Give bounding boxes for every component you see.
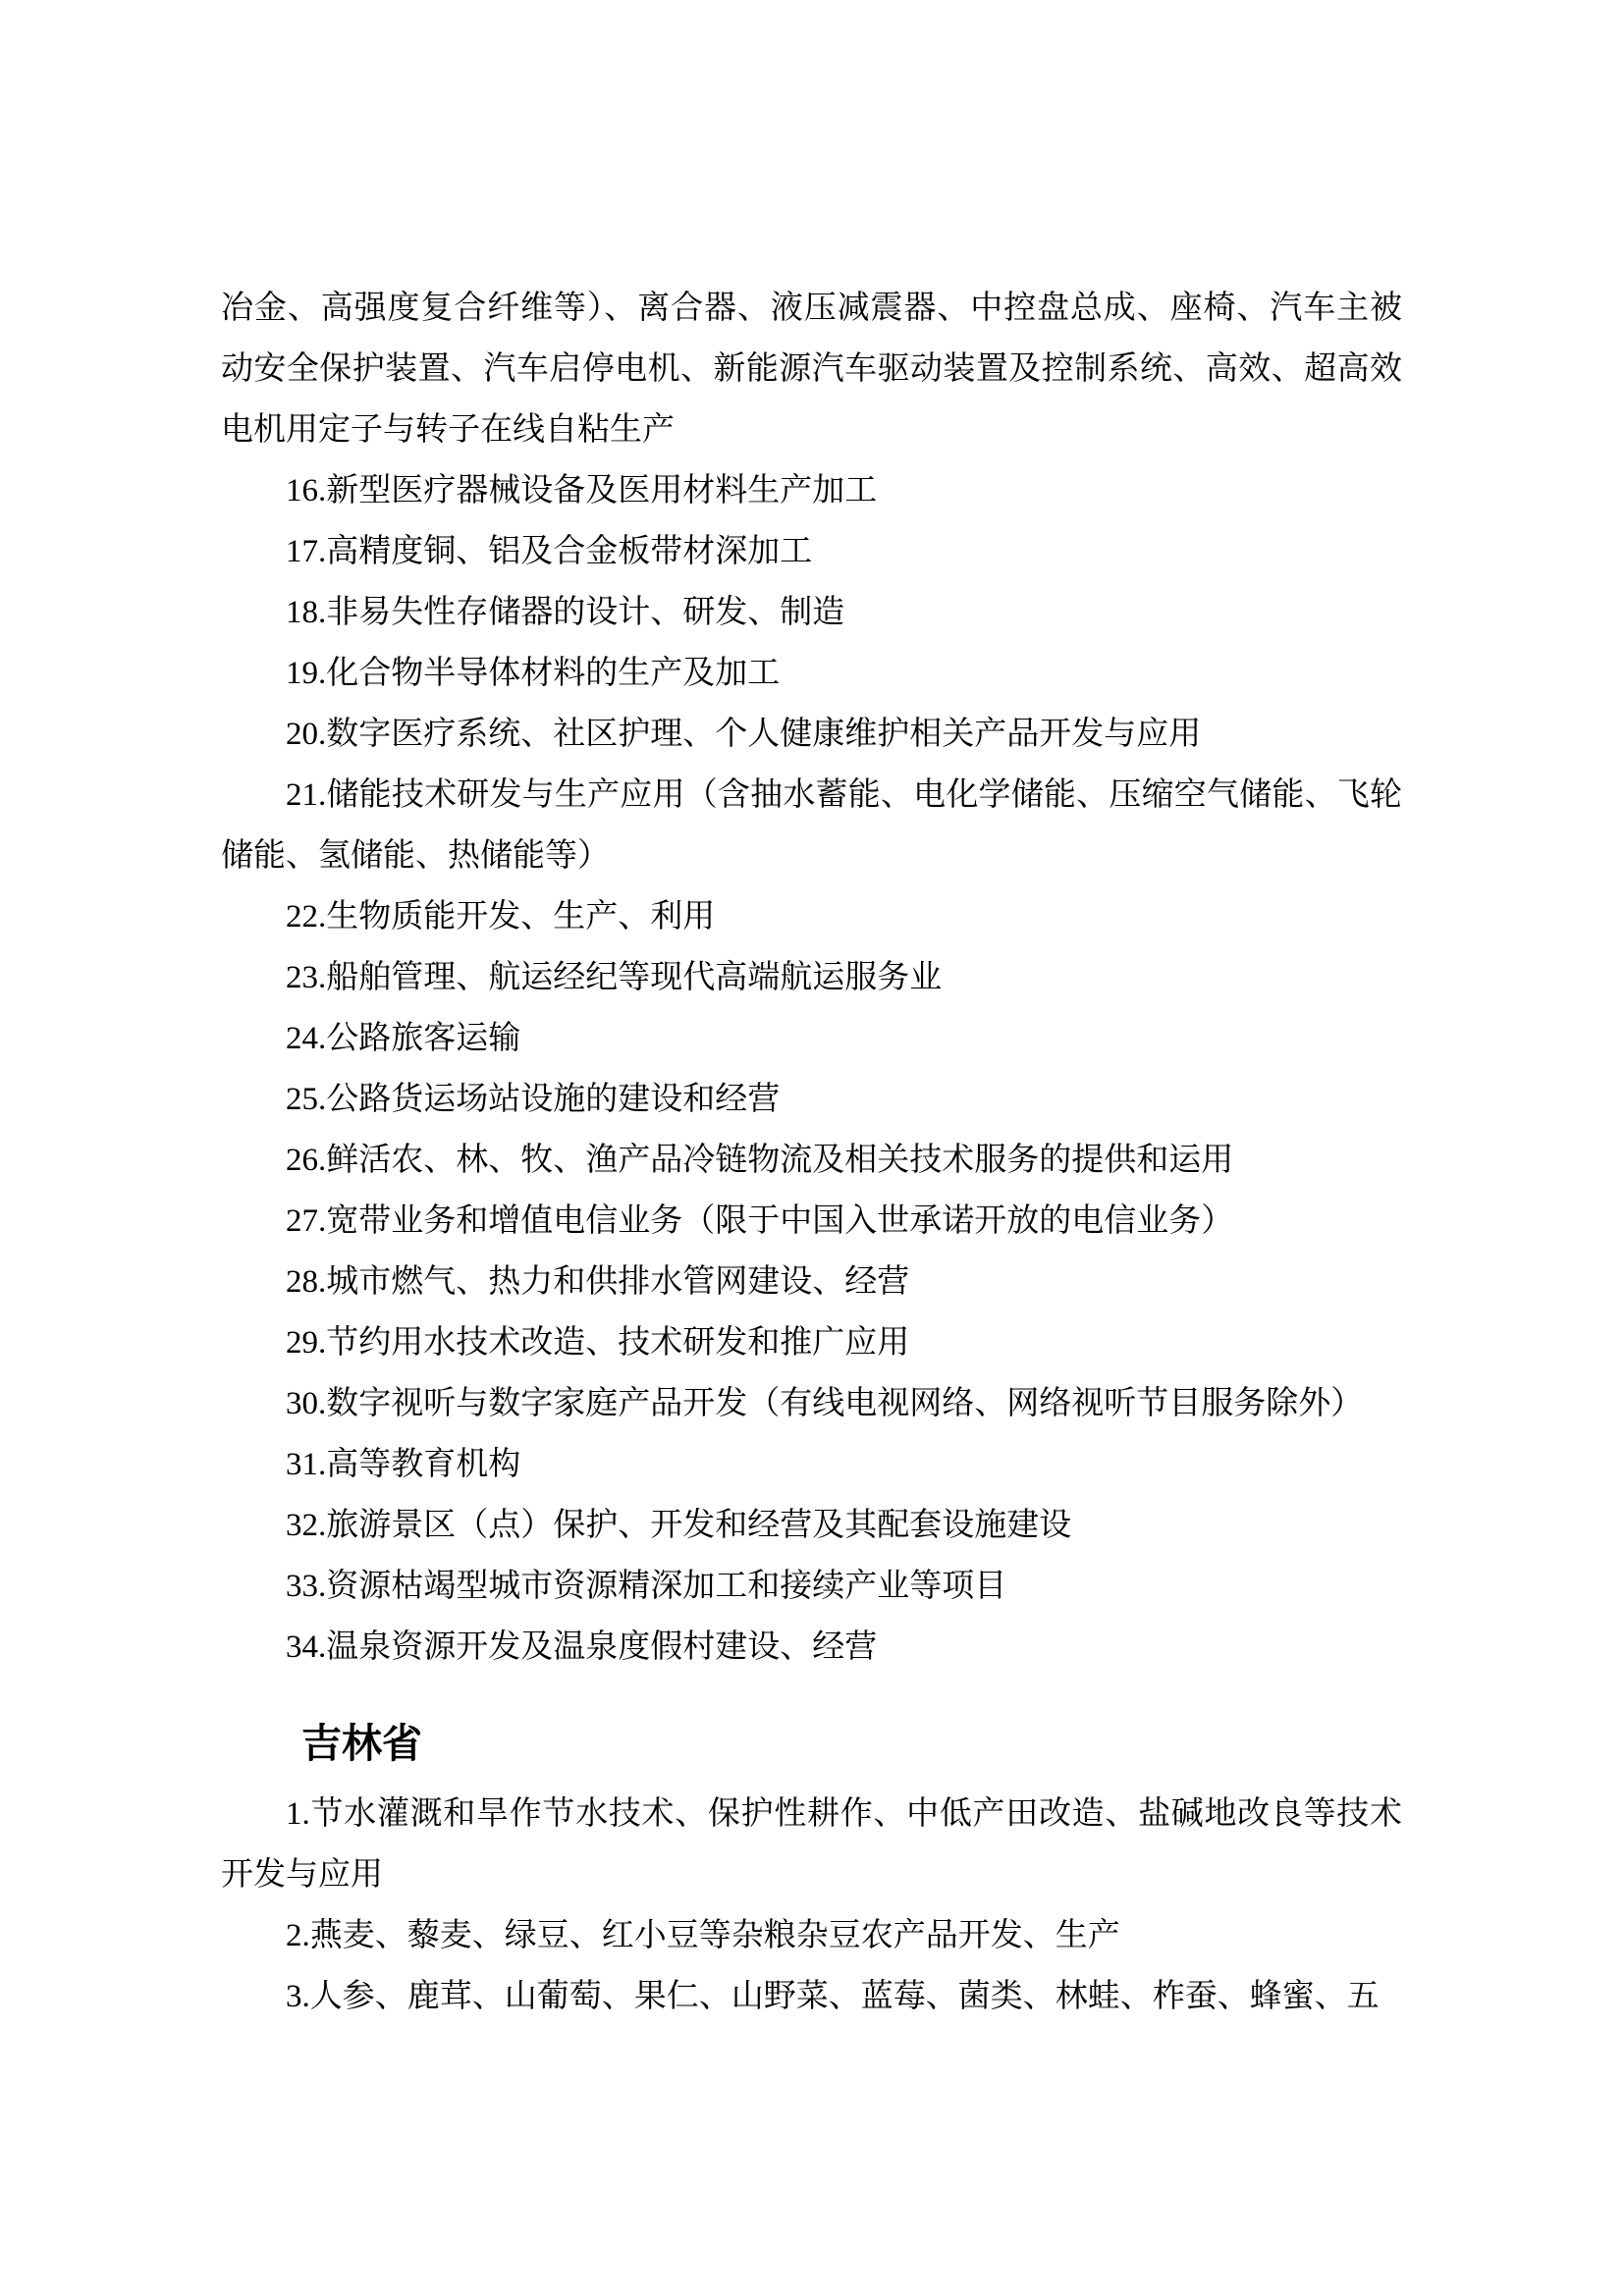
item-text: 高等教育机构 (326, 1447, 520, 1482)
item-text: 人参、鹿茸、山葡萄、果仁、山野菜、蓝莓、菌类、林蛙、柞蚕、蜂蜜、五 (310, 1979, 1380, 2014)
item-text: 公路旅客运输 (326, 1021, 520, 1056)
item-text: 生物质能开发、生产、利用 (326, 899, 715, 934)
list-item: 27.宽带业务和增值电信业务（限于中国入世承诺开放的电信业务） (221, 1191, 1402, 1252)
item-text: 城市燃气、热力和供排水管网建设、经营 (326, 1264, 909, 1300)
item-text: 高精度铜、铝及合金板带材深加工 (326, 534, 812, 569)
item-number: 20. (286, 717, 326, 752)
item-text: 新型医疗器械设备及医用材料生产加工 (326, 473, 877, 508)
item-text: 宽带业务和增值电信业务（限于中国入世承诺开放的电信业务） (326, 1203, 1233, 1239)
numbered-list: 16.新型医疗器械设备及医用材料生产加工17.高精度铜、铝及合金板带材深加工18… (221, 460, 1402, 1678)
list-item: 33.资源枯竭型城市资源精深加工和接续产业等项目 (221, 1556, 1402, 1617)
item-text: 节约用水技术改造、技术研发和推广应用 (326, 1325, 909, 1361)
list-item: 17.高精度铜、铝及合金板带材深加工 (221, 521, 1402, 582)
item-number: 25. (286, 1082, 326, 1117)
list-item: 23.船舶管理、航运经纪等现代高端航运服务业 (221, 947, 1402, 1008)
item-text: 非易失性存储器的设计、研发、制造 (326, 595, 844, 630)
item-text: 化合物半导体材料的生产及加工 (326, 656, 780, 691)
item-text: 旅游景区（点）保护、开发和经营及其配套设施建设 (326, 1508, 1071, 1543)
item-number: 22. (286, 899, 326, 934)
item-number: 21. (286, 777, 326, 813)
list-item: 28.城市燃气、热力和供排水管网建设、经营 (221, 1252, 1402, 1312)
jilin-numbered-list: 1.节水灌溉和旱作节水技术、保护性耕作、中低产田改造、盐碱地改良等技术开发与应用… (221, 1784, 1402, 2027)
document-page: 冶金、高强度复合纤维等）、离合器、液压减震器、中控盘总成、座椅、汽车主被动安全保… (0, 0, 1624, 2296)
list-item: 21.储能技术研发与生产应用（含抽水蓄能、电化学储能、压缩空气储能、飞轮储能、氢… (221, 765, 1402, 886)
item-number: 28. (286, 1264, 326, 1300)
list-item: 19.化合物半导体材料的生产及加工 (221, 643, 1402, 704)
list-item: 34.温泉资源开发及温泉度假村建设、经营 (221, 1617, 1402, 1678)
item-number: 18. (286, 595, 326, 630)
list-item: 20.数字医疗系统、社区护理、个人健康维护相关产品开发与应用 (221, 704, 1402, 765)
list-item: 30.数字视听与数字家庭产品开发（有线电视网络、网络视听节目服务除外） (221, 1373, 1402, 1434)
item-number: 26. (286, 1143, 326, 1178)
item-text: 储能技术研发与生产应用（含抽水蓄能、电化学储能、压缩空气储能、飞轮储能、氢储能、… (221, 777, 1402, 874)
item-number: 1. (286, 1796, 310, 1832)
item-number: 3. (286, 1979, 310, 2014)
list-item: 25.公路货运场站设施的建设和经营 (221, 1069, 1402, 1130)
item-number: 29. (286, 1325, 326, 1361)
list-item: 16.新型医疗器械设备及医用材料生产加工 (221, 460, 1402, 521)
item-text: 数字医疗系统、社区护理、个人健康维护相关产品开发与应用 (326, 717, 1201, 752)
item-number: 30. (286, 1386, 326, 1421)
item-text: 温泉资源开发及温泉度假村建设、经营 (326, 1629, 877, 1665)
list-item: 22.生物质能开发、生产、利用 (221, 886, 1402, 947)
item-text: 数字视听与数字家庭产品开发（有线电视网络、网络视听节目服务除外） (326, 1386, 1363, 1421)
item-number: 16. (286, 473, 326, 508)
list-item: 31.高等教育机构 (221, 1434, 1402, 1495)
list-item: 29.节约用水技术改造、技术研发和推广应用 (221, 1312, 1402, 1373)
item-text: 燕麦、藜麦、绿豆、红小豆等杂粮杂豆农产品开发、生产 (310, 1918, 1120, 1953)
list-item: 18.非易失性存储器的设计、研发、制造 (221, 582, 1402, 643)
item-number: 2. (286, 1918, 310, 1953)
list-item: 1.节水灌溉和旱作节水技术、保护性耕作、中低产田改造、盐碱地改良等技术开发与应用 (221, 1784, 1402, 1905)
list-item: 2.燕麦、藜麦、绿豆、红小豆等杂粮杂豆农产品开发、生产 (221, 1905, 1402, 1966)
item-number: 23. (286, 960, 326, 995)
item-number: 27. (286, 1203, 326, 1239)
list-item: 32.旅游景区（点）保护、开发和经营及其配套设施建设 (221, 1495, 1402, 1556)
list-item: 24.公路旅客运输 (221, 1008, 1402, 1069)
item-number: 33. (286, 1569, 326, 1604)
item-text: 节水灌溉和旱作节水技术、保护性耕作、中低产田改造、盐碱地改良等技术开发与应用 (221, 1796, 1402, 1893)
item-number: 24. (286, 1021, 326, 1056)
item-text: 鲜活农、林、牧、渔产品冷链物流及相关技术服务的提供和运用 (326, 1143, 1233, 1178)
section-heading-jilin: 吉林省 (301, 1713, 1402, 1774)
list-item: 3.人参、鹿茸、山葡萄、果仁、山野菜、蓝莓、菌类、林蛙、柞蚕、蜂蜜、五 (221, 1966, 1402, 2027)
item-number: 34. (286, 1629, 326, 1665)
item-number: 17. (286, 534, 326, 569)
item-text: 资源枯竭型城市资源精深加工和接续产业等项目 (326, 1569, 1006, 1604)
item-number: 31. (286, 1447, 326, 1482)
list-item: 26.鲜活农、林、牧、渔产品冷链物流及相关技术服务的提供和运用 (221, 1130, 1402, 1191)
continued-paragraph: 冶金、高强度复合纤维等）、离合器、液压减震器、中控盘总成、座椅、汽车主被动安全保… (221, 278, 1402, 460)
item-number: 19. (286, 656, 326, 691)
item-text: 船舶管理、航运经纪等现代高端航运服务业 (326, 960, 942, 995)
item-number: 32. (286, 1508, 326, 1543)
item-text: 公路货运场站设施的建设和经营 (326, 1082, 780, 1117)
